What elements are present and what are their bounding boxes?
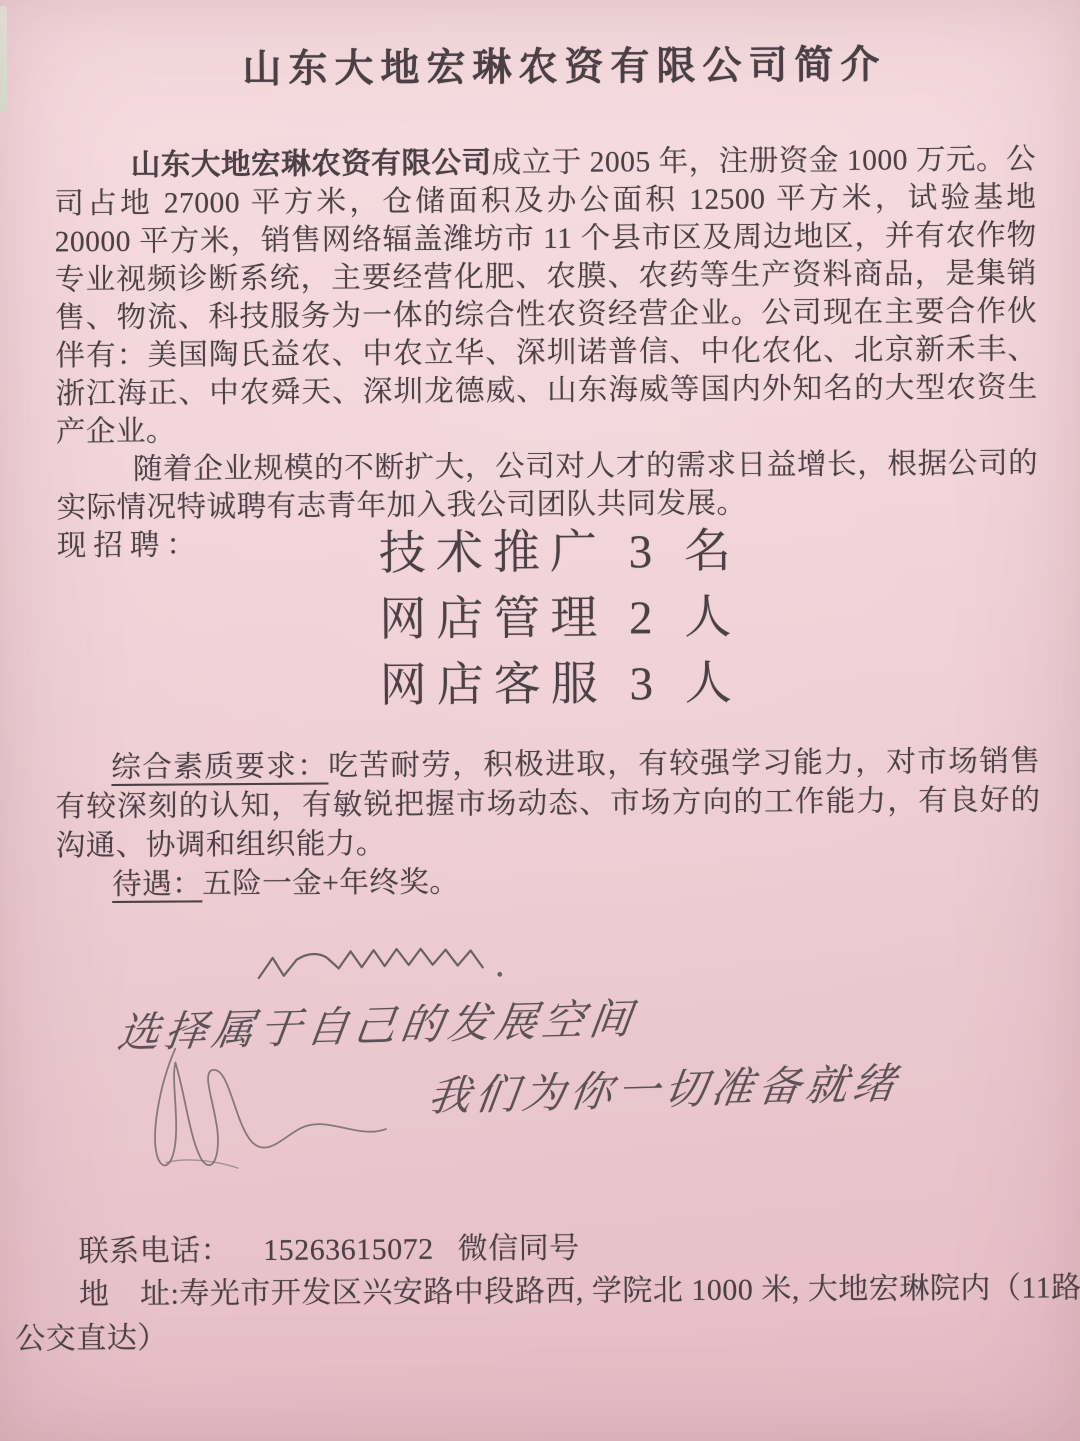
address-label: 地 址: — [79, 1278, 180, 1312]
document-sheet: 山东大地宏琳农资有限公司简介 山东大地宏琳农资有限公司成立于 2005 年，注册… — [0, 0, 1080, 1441]
requirements-label: 综合素质要求： — [111, 750, 328, 784]
phone-number: 15263615072 — [263, 1233, 434, 1267]
signature-scribble — [141, 1043, 442, 1180]
benefits-label: 待遇： — [112, 868, 202, 901]
wechat-note: 微信同号 — [458, 1232, 580, 1266]
intro-section: 山东大地宏琳农资有限公司成立于 2005 年，注册资金 1000 万元。公司占地… — [54, 141, 1039, 566]
intro-paragraph: 山东大地宏琳农资有限公司成立于 2005 年，注册资金 1000 万元。公司占地… — [54, 141, 1038, 452]
photographed-flyer: 山东大地宏琳农资有限公司简介 山东大地宏琳农资有限公司成立于 2005 年，注册… — [0, 0, 1080, 1441]
recruit-paragraph: 随着企业规模的不断扩大，公司对人才的需求日益增长，根据公司的实际情况特诚聘有志青… — [56, 445, 1039, 528]
position-line-3: 网店客服 3 人 — [41, 648, 1080, 721]
positions-list: 技术推广 3 名 网店管理 2 人 网店客服 3 人 — [40, 516, 1080, 721]
contact-address-line: 地 址:寿光市开发区兴安路中段路西, 学院北 1000 米, 大地宏琳院内（11… — [15, 1266, 1080, 1361]
contact-phone-line: 联系电话：15263615072微信同号 — [15, 1224, 1080, 1273]
benefits-line: 待遇：五险一金+年终奖。 — [56, 860, 1041, 906]
slogan-line-2: 我们为你一切准备就绪 — [425, 1051, 904, 1124]
benefits-text: 五险一金+年终奖。 — [202, 867, 459, 901]
requirements-paragraph: 综合素质要求：吃苦耐劳，积极进取，有较强学习能力，对市场销售有较深刻的认知，有敏… — [55, 743, 1041, 867]
contact-section: 联系电话：15263615072微信同号 地 址:寿光市开发区兴安路中段路西, … — [15, 1224, 1080, 1361]
position-line-1: 技术推广 3 名 — [40, 516, 1080, 589]
page-title: 山东大地宏琳农资有限公司简介 — [24, 32, 1080, 96]
phone-label: 联系电话： — [79, 1234, 232, 1268]
intro-paragraph-text: 成立于 2005 年，注册资金 1000 万元。公司占地 27000 平方米，仓… — [54, 144, 1038, 449]
position-line-2: 网店管理 2 人 — [40, 582, 1080, 655]
company-name-lead: 山东大地宏琳农资有限公司 — [131, 147, 492, 182]
pen-squiggle — [253, 934, 523, 998]
requirements-section: 综合素质要求：吃苦耐劳，积极进取，有较强学习能力，对市场销售有较深刻的认知，有敏… — [55, 743, 1041, 906]
